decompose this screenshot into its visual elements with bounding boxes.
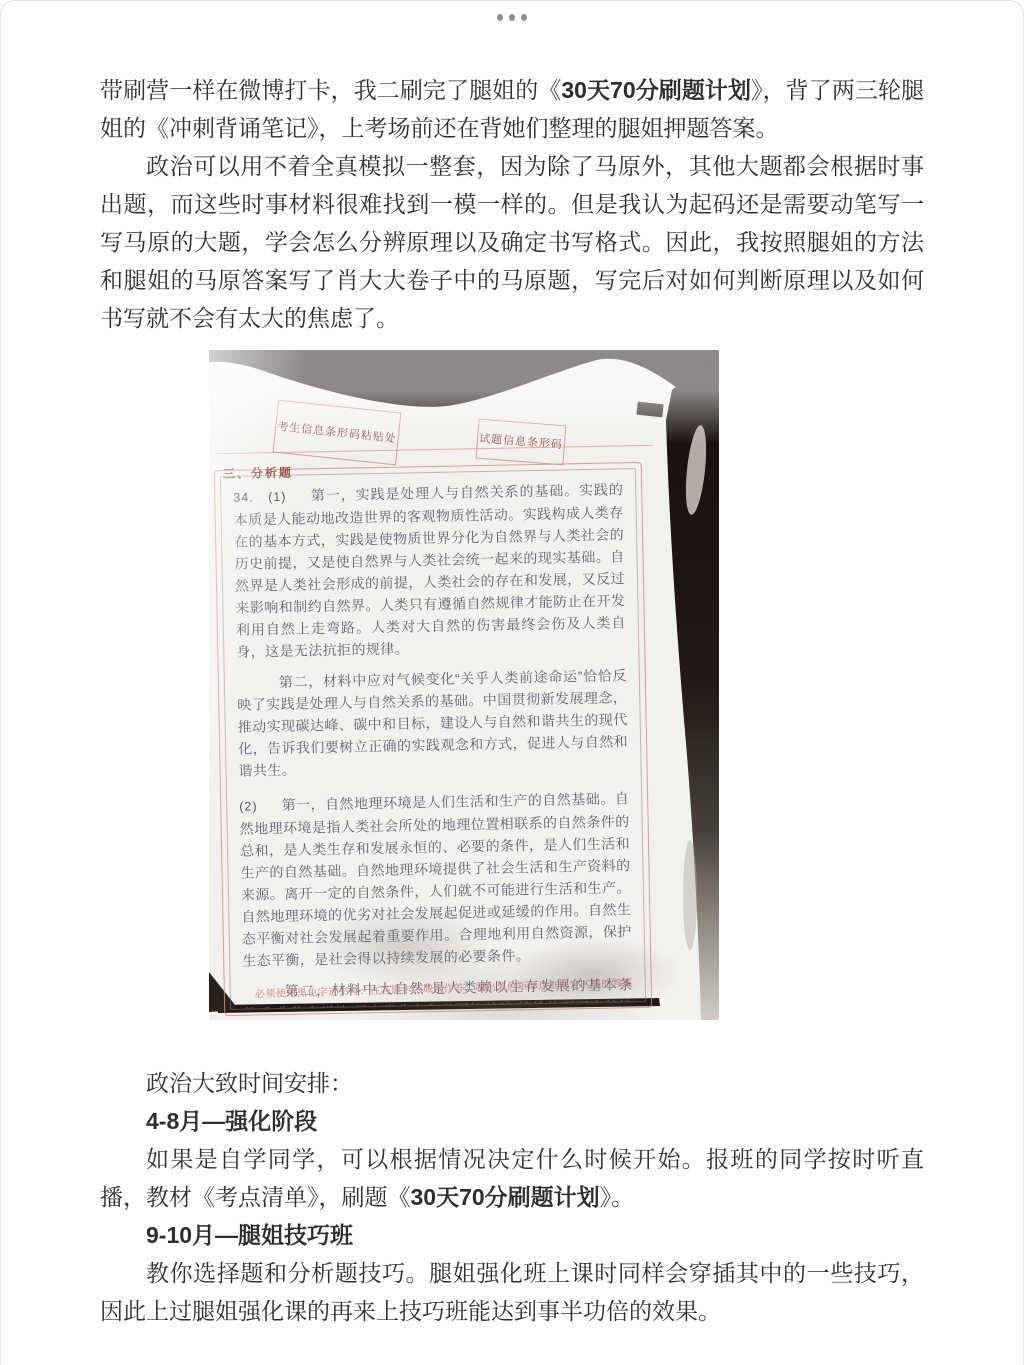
paragraph-2: 政治可以用不着全真模拟一整套，因为除了马原外，其他大题都会根据时事出题，而这些时… bbox=[100, 147, 924, 337]
ellipsis-dot bbox=[509, 14, 515, 21]
schedule-intro: 政治大致时间安排： bbox=[100, 1064, 924, 1102]
barcode-area-right: 试题信息条形码 bbox=[476, 419, 567, 466]
schedule-phase1-desc: 如果是自学同学，可以根据情况决定什么时候开始。报班的同学按时听直播，教材《考点清… bbox=[100, 1140, 924, 1216]
handwritten-answer-1-2: 第二，材料中应对气候变化“关乎人类前途命运”恰恰反映了实践是处理人与自然关系的基… bbox=[237, 664, 629, 781]
phase1-desc-end: 》。 bbox=[600, 1184, 635, 1210]
registration-mark bbox=[636, 402, 663, 418]
article-body: 带刷营一样在微博打卡，我二刷完了腿姐的《30天70分刷题计划》，背了两三轮腿姐的… bbox=[100, 1, 924, 1330]
schedule-phase2-desc: 教你选择题和分析题技巧。腿姐强化班上课时同样会穿插其中的一些技巧，因此上过腿姐强… bbox=[100, 1254, 924, 1330]
book-title-bold: 30天70分刷题计划 bbox=[411, 1184, 600, 1210]
answer-2-1-text: 第一，自然地理环境是人们生活和生产的自然基础。自然地理环境是指人类社会所处的地理… bbox=[240, 790, 632, 968]
book-title-bold: 30天70分刷题计划 bbox=[561, 77, 751, 103]
handwritten-answer-2-1: (2)第一，自然地理环境是人们生活和生产的自然基础。自然地理环境是指人类社会所处… bbox=[239, 787, 632, 971]
answer-1-1-text: 第一，实践是处理人与自然关系的基础。实践的本质是人能动地改造世界的客观物质性活动… bbox=[234, 481, 626, 659]
ellipsis-dot bbox=[497, 14, 503, 21]
answer-area-box: 三、分析题 34. (1)第一，实践是处理人与自然关系的基础。实践的本质是人能动… bbox=[214, 462, 652, 1016]
question-2-label: (2) bbox=[239, 799, 258, 813]
ellipsis-dot bbox=[521, 14, 527, 21]
paragraph-1: 带刷营一样在微博打卡，我二刷完了腿姐的《30天70分刷题计划》，背了两三轮腿姐的… bbox=[100, 71, 924, 147]
p1-text: 带刷营一样在微博打卡，我二刷完了腿姐的《 bbox=[100, 77, 561, 103]
more-menu-ellipsis-icon[interactable] bbox=[493, 10, 531, 25]
schedule-phase2-title: 9-10月—腿姐技巧班 bbox=[100, 1216, 924, 1254]
answer-area-inner: 34. (1)第一，实践是处理人与自然关系的基础。实践的本质是人能动地改造世界的… bbox=[220, 468, 646, 1010]
handwritten-answer-1-1: 34. (1)第一，实践是处理人与自然关系的基础。实践的本质是人能动地改造世界的… bbox=[233, 478, 626, 662]
question-1-label: 34. (1) bbox=[233, 490, 286, 505]
barcode-right-label: 试题信息条形码 bbox=[478, 420, 565, 464]
schedule-phase1-title: 4-8月—强化阶段 bbox=[100, 1102, 924, 1140]
answer-sheet-photo[interactable]: 考生信息条形码粘贴处 试题信息条形码 三、分析题 34. (1)第一，实践是处理… bbox=[209, 350, 719, 1020]
article-page: 带刷营一样在微博打卡，我二刷完了腿姐的《30天70分刷题计划》，背了两三轮腿姐的… bbox=[0, 0, 1024, 1365]
